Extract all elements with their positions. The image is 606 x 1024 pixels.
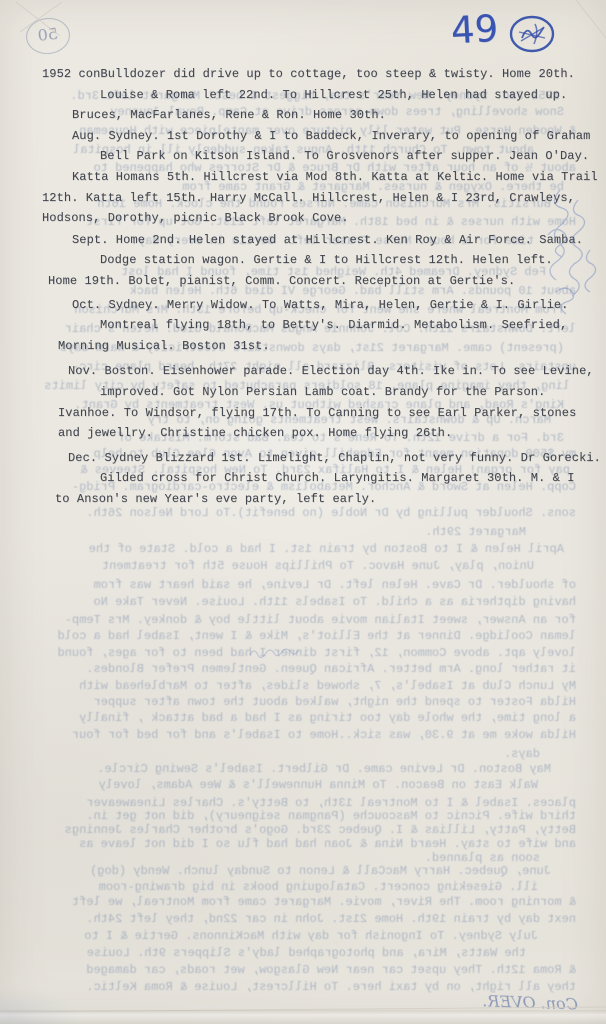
typed-line: Sept. Home 2nd. Helen stayed at Hillcres… xyxy=(0,230,606,251)
typed-line: Louise & Roma left 22nd. To Hillcrest 25… xyxy=(0,85,606,106)
typed-line: Gilded cross for Christ Church. Laryngit… xyxy=(0,468,606,489)
typed-line: to Anson's new Year's eve party, left ea… xyxy=(0,489,606,510)
typed-content: 1952 conBulldozer did drive up to cottag… xyxy=(0,64,606,509)
typed-line: Bell Park on Kitson Island. To Grosvenor… xyxy=(0,146,606,167)
typed-line: improved. Got Nylon Persian Lamb coat. B… xyxy=(0,382,606,403)
typed-line: Aug. Sydney. 1st Dorothy & I to Baddeck,… xyxy=(0,126,606,147)
typed-line: Bruces, MacFarlanes, Rene & Ron. Home 30… xyxy=(0,105,606,126)
ink-circle-icon xyxy=(505,10,559,58)
typed-line: Hodsons, Dorothy, picnic Black Brook Cov… xyxy=(0,208,606,229)
typed-line: 1952 conBulldozer did drive up to cottag… xyxy=(0,64,606,85)
typed-line: Dodge station wagon. Gertie & I to Hillc… xyxy=(0,250,606,271)
scanned-diary-page: { "page": { "handwritten_number": "49", … xyxy=(0,0,606,1024)
typed-line: Montreal flying 18th, to Betty's. Diarmi… xyxy=(0,315,606,336)
typed-line: and jewellry. Christine chicken pox. Hom… xyxy=(0,423,606,444)
ink-circle-scribble-annotation xyxy=(505,10,559,58)
typed-line: Oct. Sydney. Merry Widow. To Watts, Mira… xyxy=(0,295,606,316)
typed-line: Home 19th. Bolet, pianist, Comm. Concert… xyxy=(0,271,606,292)
typed-line: Ivanhoe. To Windsor, flying 17th. To Can… xyxy=(0,403,606,424)
corner-ink-smudge xyxy=(0,960,120,1024)
typed-line: Nov. Boston. Eisenhower parade. Election… xyxy=(0,361,606,382)
handwritten-page-number: 49 xyxy=(450,7,499,52)
typed-line: Katta Homans 5th. Hillcrest via Mod 8th.… xyxy=(0,167,606,188)
typed-line: Morning Musical. Boston 31st. xyxy=(0,336,606,357)
typed-line: Dec. Sydney Blizzard 1st. Limelight, Cha… xyxy=(0,448,606,469)
typed-line: 12th. Katta left 15th. Harry McCall. Hil… xyxy=(0,188,606,209)
